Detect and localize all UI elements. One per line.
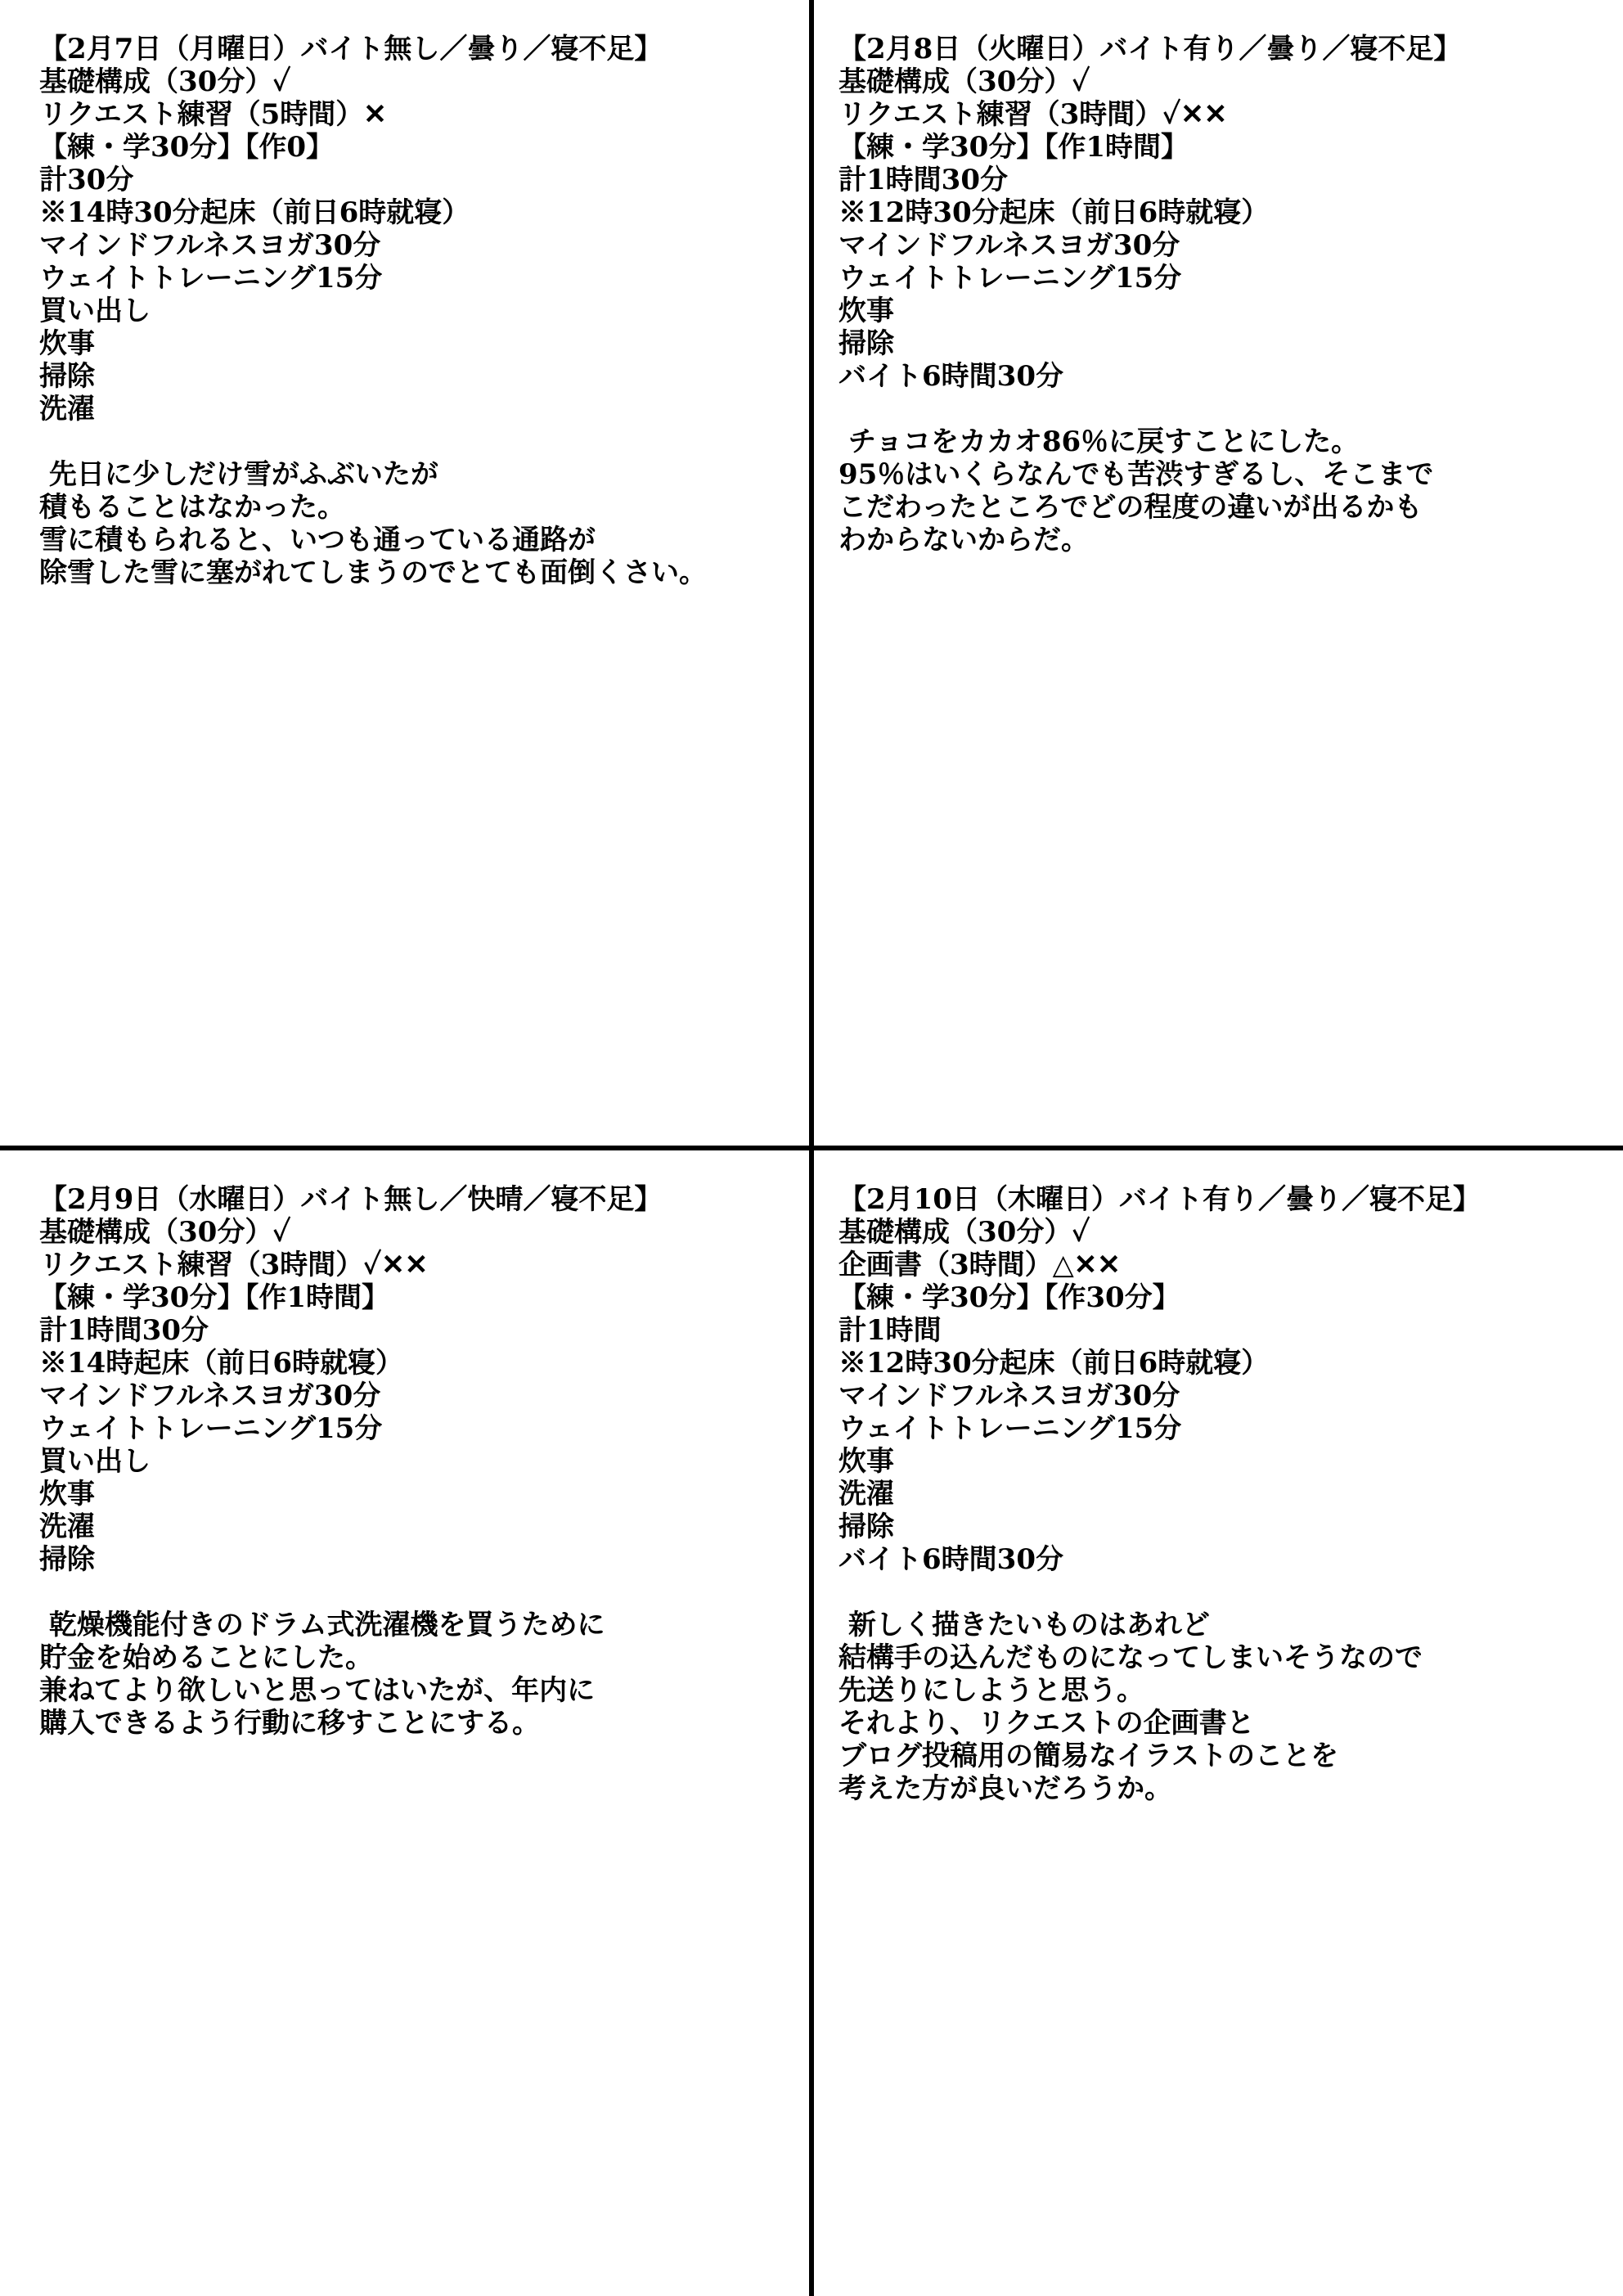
text-line: 掃除 <box>838 327 1613 360</box>
text-line: 結構手の込んだものになってしまいそうなので <box>838 1641 1613 1674</box>
text-line: ウェイトトレーニング15分 <box>39 1412 799 1445</box>
text-line: リクエスト練習（3時間）✓✕✕ <box>39 1249 799 1281</box>
text-line: リクエスト練習（3時間）✓✕✕ <box>838 98 1613 131</box>
entry-log: 基礎構成（30分）✓リクエスト練習（3時間）✓✕✕【練・学30分】【作1時間】計… <box>838 65 1613 393</box>
text-line: 基礎構成（30分）✓ <box>838 1216 1613 1249</box>
text-line: わからないからだ。 <box>838 524 1613 556</box>
text-line: 基礎構成（30分）✓ <box>838 65 1613 98</box>
text-line: 買い出し <box>39 1445 799 1478</box>
text-line: 炊事 <box>838 295 1613 327</box>
text-line: 基礎構成（30分）✓ <box>39 1216 799 1249</box>
text-line: こだわったところでどの程度の違いが出るかも <box>838 491 1613 524</box>
entry-header: 【2月10日（木曜日）バイト有り／曇り／寝不足】 <box>838 1183 1613 1216</box>
entry-header: 【2月9日（水曜日）バイト無し／快晴／寝不足】 <box>39 1183 799 1216</box>
text-line: 炊事 <box>39 1478 799 1510</box>
text-line: 乾燥機能付きのドラム式洗濯機を買うために <box>39 1609 799 1641</box>
text-line: チョコをカカオ86％に戻すことにした。 <box>838 425 1613 458</box>
entry-note: チョコをカカオ86％に戻すことにした。95％はいくらなんでも苦渋すぎるし、そこま… <box>838 425 1613 556</box>
diary-entry-feb9: 【2月9日（水曜日）バイト無し／快晴／寝不足】 基礎構成（30分）✓リクエスト練… <box>0 1150 809 2291</box>
text-line: 95％はいくらなんでも苦渋すぎるし、そこまで <box>838 458 1613 491</box>
text-line: 計1時間30分 <box>838 164 1613 196</box>
text-line: ウェイトトレーニング15分 <box>39 262 799 295</box>
text-line: 貯金を始めることにした。 <box>39 1641 799 1674</box>
text-line: ウェイトトレーニング15分 <box>838 262 1613 295</box>
text-line: 買い出し <box>39 295 799 327</box>
text-line: 炊事 <box>838 1445 1613 1478</box>
text-line: バイト6時間30分 <box>838 1543 1613 1576</box>
text-line: 洗濯 <box>838 1478 1613 1510</box>
entry-header: 【2月7日（月曜日）バイト無し／曇り／寝不足】 <box>39 33 799 65</box>
diary-entry-feb7: 【2月7日（月曜日）バイト無し／曇り／寝不足】 基礎構成（30分）✓リクエスト練… <box>0 0 809 1141</box>
blank-gap <box>39 425 799 458</box>
text-line: マインドフルネスヨガ30分 <box>39 229 799 262</box>
text-line: 計1時間30分 <box>39 1314 799 1347</box>
text-line: 除雪した雪に塞がれてしまうのでとても面倒くさい。 <box>39 556 799 589</box>
blank-gap <box>838 1576 1613 1609</box>
entry-note: 先日に少しだけ雪がふぶいたが積もることはなかった。雪に積もられると、いつも通って… <box>39 458 799 589</box>
text-line: リクエスト練習（5時間）✕ <box>39 98 799 131</box>
blank-gap <box>39 1576 799 1609</box>
entry-log: 基礎構成（30分）✓企画書（3時間）△✕✕【練・学30分】【作30分】計1時間※… <box>838 1216 1613 1576</box>
text-line: 先送りにしようと思う。 <box>838 1674 1613 1707</box>
text-line: バイト6時間30分 <box>838 360 1613 393</box>
text-line: 洗濯 <box>39 1510 799 1543</box>
text-line: 【練・学30分】【作30分】 <box>838 1281 1613 1314</box>
text-line: 掃除 <box>838 1510 1613 1543</box>
text-line: 【練・学30分】【作1時間】 <box>838 131 1613 164</box>
text-line: 兼ねてより欲しいと思ってはいたが、年内に <box>39 1674 799 1707</box>
text-line: 掃除 <box>39 1543 799 1576</box>
diary-entry-feb10: 【2月10日（木曜日）バイト有り／曇り／寝不足】 基礎構成（30分）✓企画書（3… <box>814 1150 1623 2291</box>
text-line: ※12時30分起床（前日6時就寝） <box>838 1347 1613 1380</box>
text-line: 計30分 <box>39 164 799 196</box>
text-line: 企画書（3時間）△✕✕ <box>838 1249 1613 1281</box>
text-line: 購入できるよう行動に移すことにする。 <box>39 1707 799 1740</box>
text-line: それより、リクエストの企画書と <box>838 1707 1613 1740</box>
text-line: ウェイトトレーニング15分 <box>838 1412 1613 1445</box>
text-line: ブログ投稿用の簡易なイラストのことを <box>838 1740 1613 1772</box>
text-line: 新しく描きたいものはあれど <box>838 1609 1613 1641</box>
text-line: 雪に積もられると、いつも通っている通路が <box>39 524 799 556</box>
entry-note: 新しく描きたいものはあれど結構手の込んだものになってしまいそうなので先送りにしよ… <box>838 1609 1613 1805</box>
text-line: ※14時起床（前日6時就寝） <box>39 1347 799 1380</box>
text-line: マインドフルネスヨガ30分 <box>39 1380 799 1412</box>
entry-note: 乾燥機能付きのドラム式洗濯機を買うために貯金を始めることにした。兼ねてより欲しい… <box>39 1609 799 1740</box>
text-line: 基礎構成（30分）✓ <box>39 65 799 98</box>
text-line: マインドフルネスヨガ30分 <box>838 229 1613 262</box>
text-line: 【練・学30分】【作1時間】 <box>39 1281 799 1314</box>
text-line: 洗濯 <box>39 393 799 425</box>
text-line: 考えた方が良いだろうか。 <box>838 1772 1613 1805</box>
text-line: 【練・学30分】【作0】 <box>39 131 799 164</box>
diary-page: { "page": { "background": "#ffffff", "te… <box>0 0 1623 2296</box>
text-line: マインドフルネスヨガ30分 <box>838 1380 1613 1412</box>
text-line: 先日に少しだけ雪がふぶいたが <box>39 458 799 491</box>
text-line: 計1時間 <box>838 1314 1613 1347</box>
entry-log: 基礎構成（30分）✓リクエスト練習（3時間）✓✕✕【練・学30分】【作1時間】計… <box>39 1216 799 1576</box>
text-line: 積もることはなかった。 <box>39 491 799 524</box>
entry-log: 基礎構成（30分）✓リクエスト練習（5時間）✕【練・学30分】【作0】計30分※… <box>39 65 799 425</box>
entry-header: 【2月8日（火曜日）バイト有り／曇り／寝不足】 <box>838 33 1613 65</box>
text-line: 掃除 <box>39 360 799 393</box>
diary-entry-feb8: 【2月8日（火曜日）バイト有り／曇り／寝不足】 基礎構成（30分）✓リクエスト練… <box>814 0 1623 1141</box>
text-line: ※14時30分起床（前日6時就寝） <box>39 196 799 229</box>
blank-gap <box>838 393 1613 425</box>
text-line: 炊事 <box>39 327 799 360</box>
text-line: ※12時30分起床（前日6時就寝） <box>838 196 1613 229</box>
